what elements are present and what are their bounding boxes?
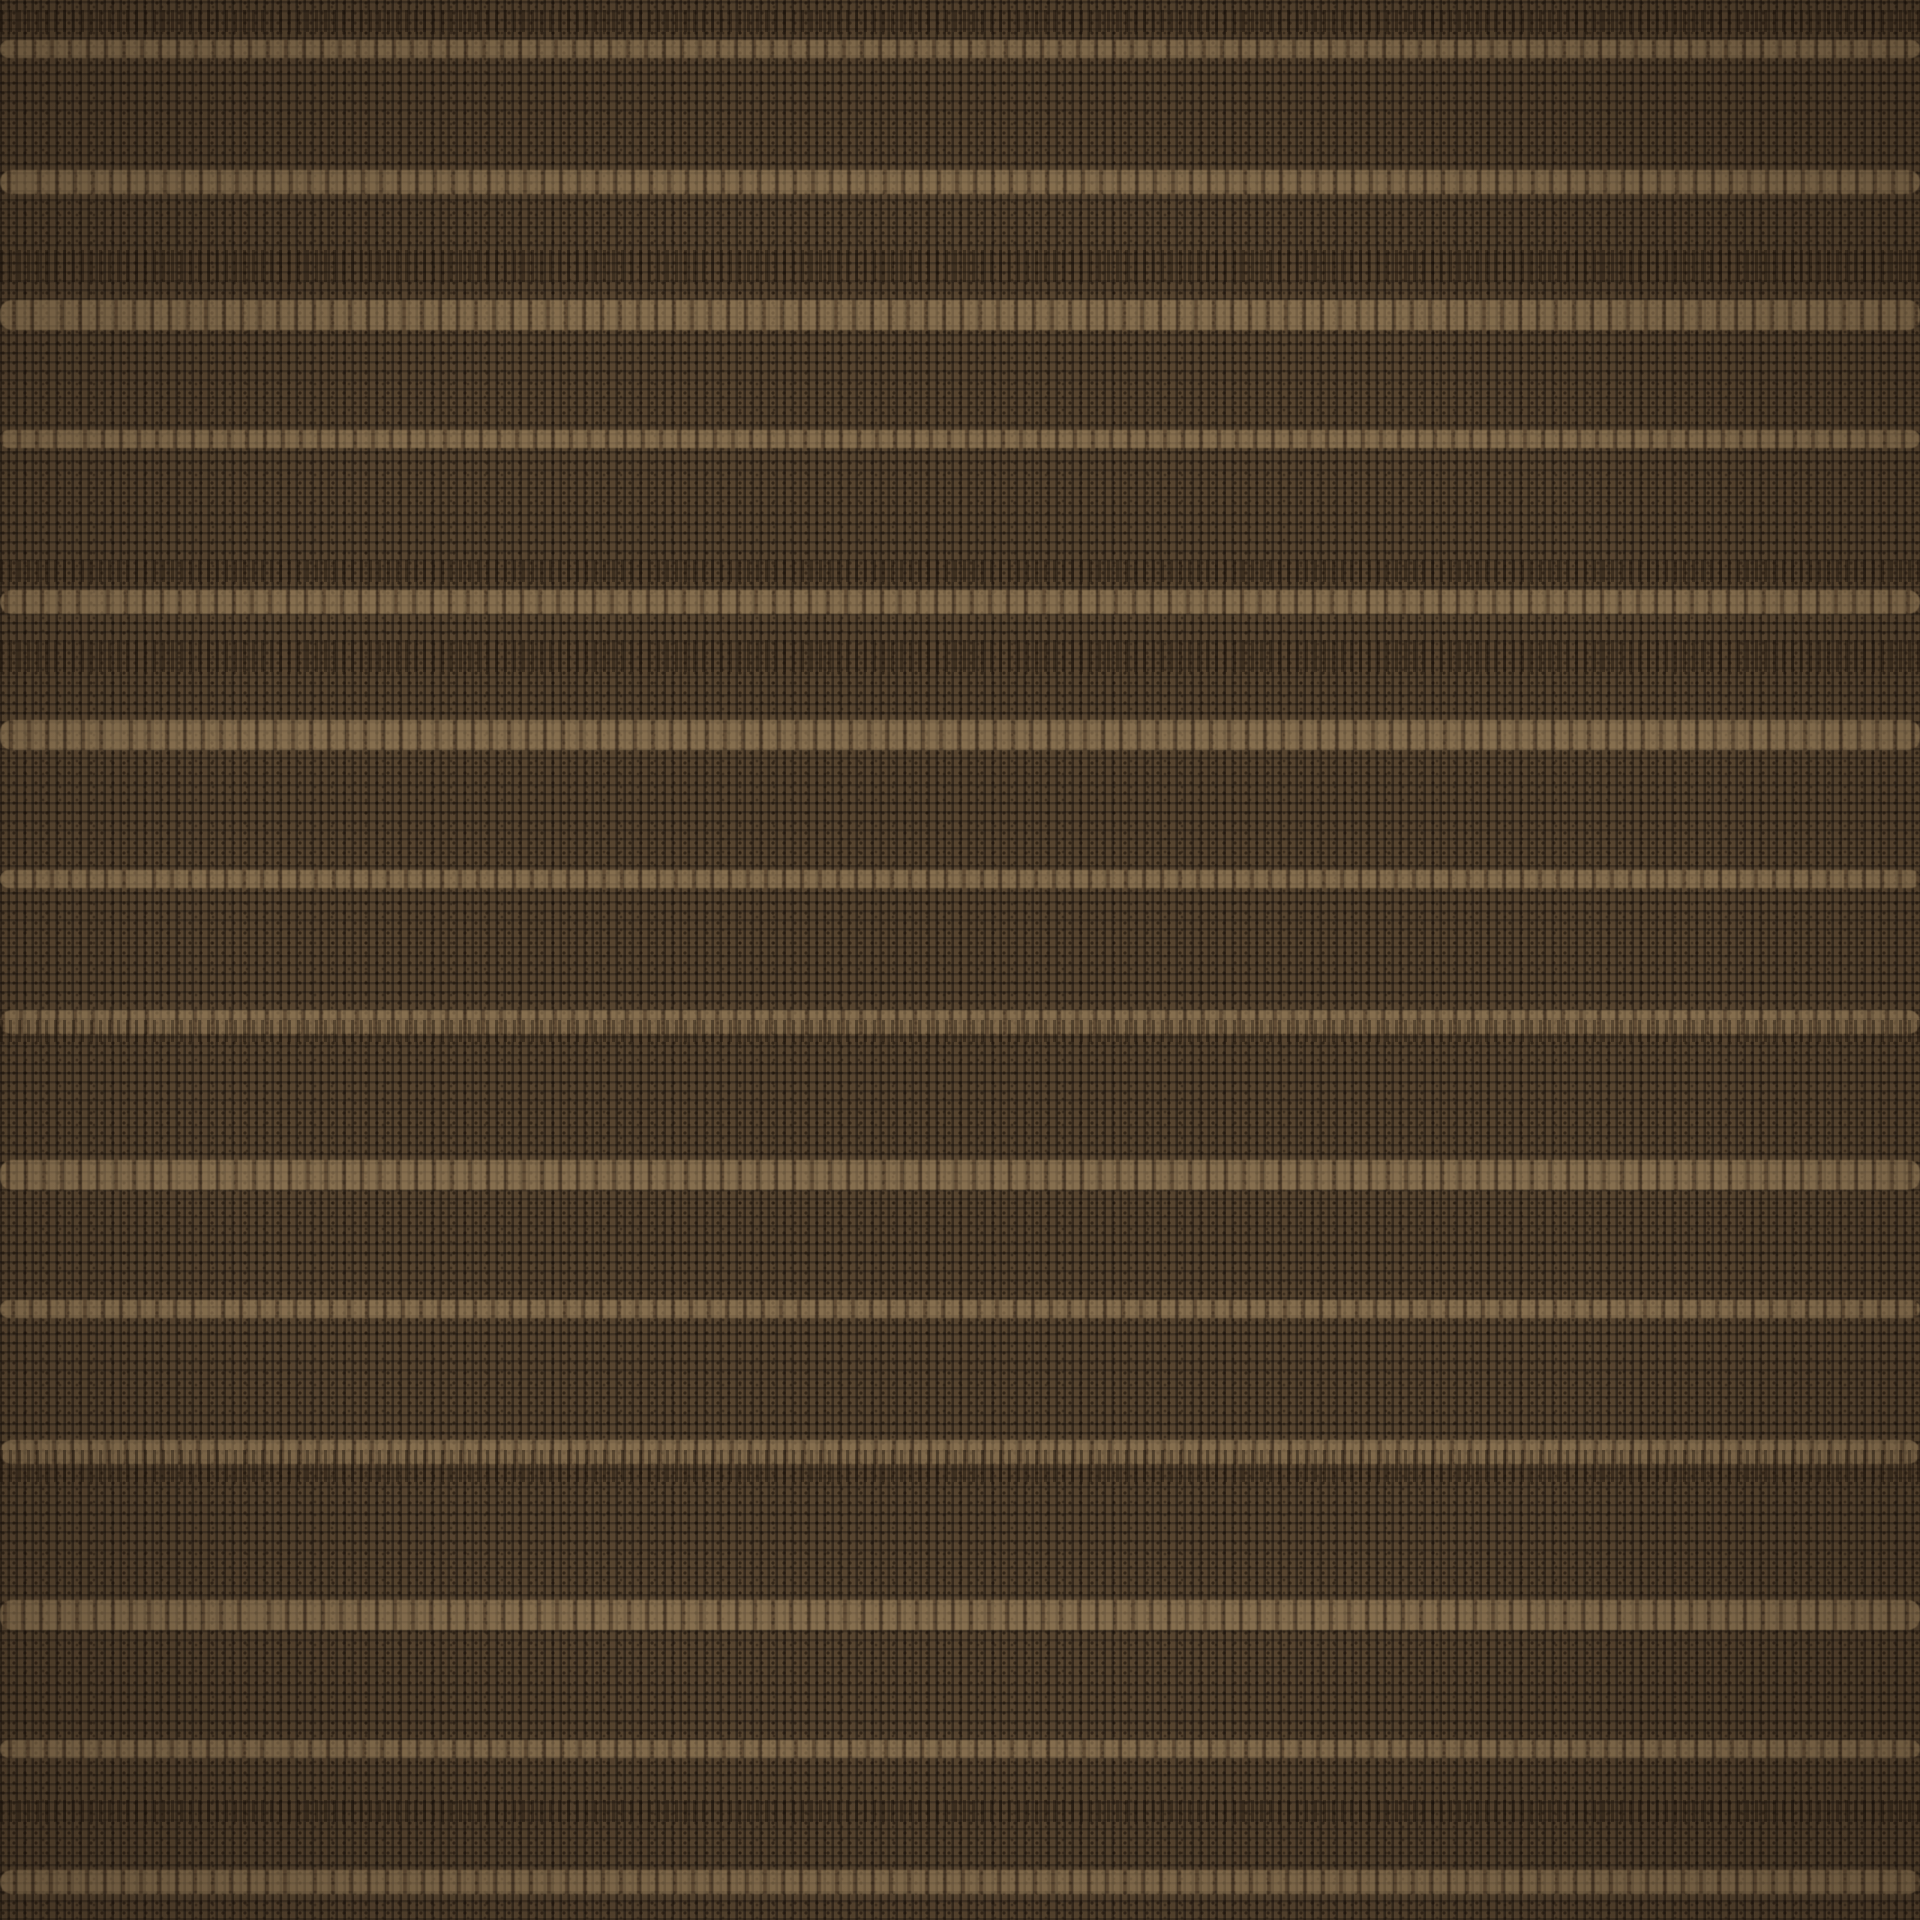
fabric-texture-photo bbox=[0, 0, 1920, 1920]
lighting-vignette bbox=[0, 0, 1920, 1920]
